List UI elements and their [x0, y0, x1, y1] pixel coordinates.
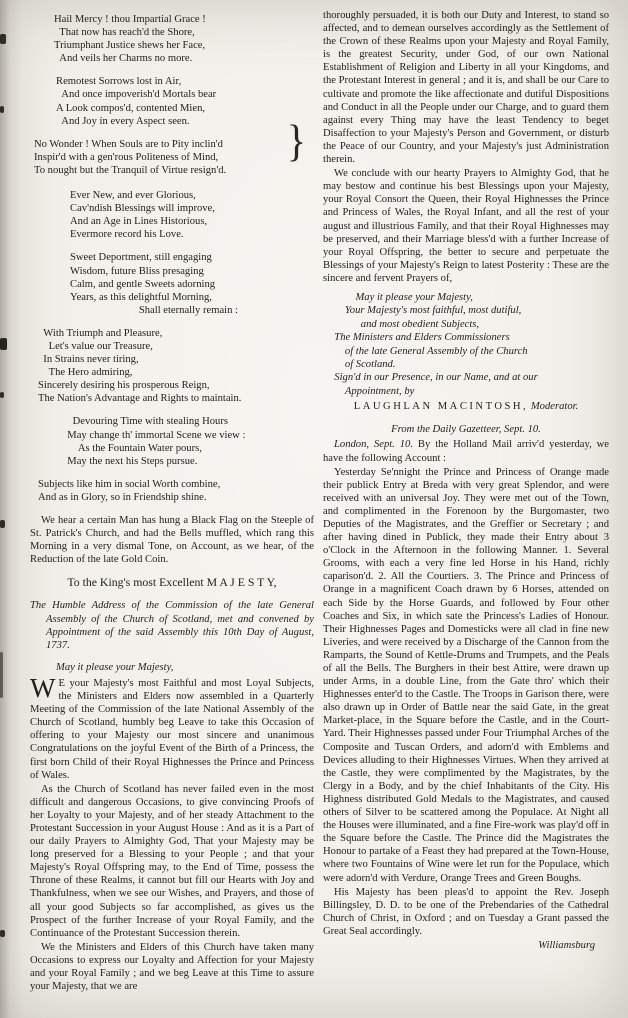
- left-column: Hail Mercy ! thou Impartial Grace ! That…: [30, 13, 314, 994]
- poem-stanza-deportment: Sweet Deportment, still engaging Wisdom,…: [30, 251, 314, 316]
- black-flag-news-paragraph: We hear a certain Man has hung a Black F…: [30, 514, 314, 566]
- moderator-name: LAUGHLAN MACINTOSH,: [354, 401, 528, 412]
- brace-glyph: }: [287, 133, 306, 147]
- scan-artifact: [0, 392, 4, 398]
- poem-stanza-ever-new: Ever New, and ever Glorious, Cav'ndish B…: [30, 189, 314, 241]
- scan-artifact: [0, 930, 5, 937]
- poem-stanza-sorrows: Remotest Sorrows lost in Air, And once i…: [30, 75, 314, 127]
- scan-artifact: [0, 338, 7, 350]
- poem-couplet-subjects: Subjects like him in social Worth combin…: [30, 478, 314, 504]
- poem-triplet-wrap: No Wonder ! When Souls are to Pity incli…: [30, 138, 314, 177]
- scan-artifact: [0, 34, 6, 44]
- address-continuation-paragraph: thoroughly persuaded, it is both our Dut…: [323, 9, 609, 166]
- london-dateline: London, Sept. 10.: [334, 439, 413, 450]
- right-column: thoroughly persuaded, it is both our Dut…: [323, 9, 609, 952]
- address-heading: To the King's most Excellent M A J E S T…: [30, 576, 314, 589]
- address-paragraph-2: As the Church of Scotland has never fail…: [30, 783, 314, 940]
- williamsburg-dateline: Williamsburg: [323, 939, 609, 952]
- salutation-line: May it please your Majesty,: [30, 661, 314, 674]
- newspaper-page: Hail Mercy ! thou Impartial Grace ! That…: [0, 0, 628, 1018]
- scan-artifact: [0, 520, 5, 528]
- gazetteer-heading: From the Daily Gazetteer, Sept. 10.: [323, 423, 609, 436]
- address-paragraph-1-text: E your Majesty's most Faithful and most …: [30, 678, 314, 781]
- moderator-line: LAUGHLAN MACINTOSH, Moderator.: [323, 400, 609, 413]
- moderator-title: Moderator.: [528, 401, 578, 412]
- address-paragraph-1: WE your Majesty's most Faithful and most…: [30, 677, 314, 782]
- poem-triplet: No Wonder ! When Souls are to Pity incli…: [30, 138, 314, 177]
- signature-block: May it please your Majesty, Your Majesty…: [329, 291, 609, 398]
- majesty-appointment-paragraph: His Majesty has been pleas'd to appoint …: [323, 886, 609, 938]
- poem-stanza-devouring: Devouring Time with stealing Hours May c…: [30, 415, 314, 467]
- london-paragraph: London, Sept. 10. By the Holland Mail ar…: [323, 438, 609, 464]
- scan-artifact: [0, 106, 4, 113]
- conclusion-paragraph: We conclude with our hearty Prayers to A…: [323, 167, 609, 285]
- poem-stanza-triumph: With Triumph and Pleasure, Let's value o…: [30, 327, 314, 406]
- scan-artifact: [0, 652, 3, 698]
- poem-stanza-mercy: Hail Mercy ! thou Impartial Grace ! That…: [30, 13, 314, 65]
- orange-entry-paragraph: Yesterday Se'nnight the Prince and Princ…: [323, 466, 609, 885]
- humble-address-intro: The Humble Address of the Commission of …: [30, 599, 314, 651]
- dropcap-w: W: [30, 677, 58, 700]
- address-paragraph-3: We the Ministers and Elders of this Chur…: [30, 941, 314, 993]
